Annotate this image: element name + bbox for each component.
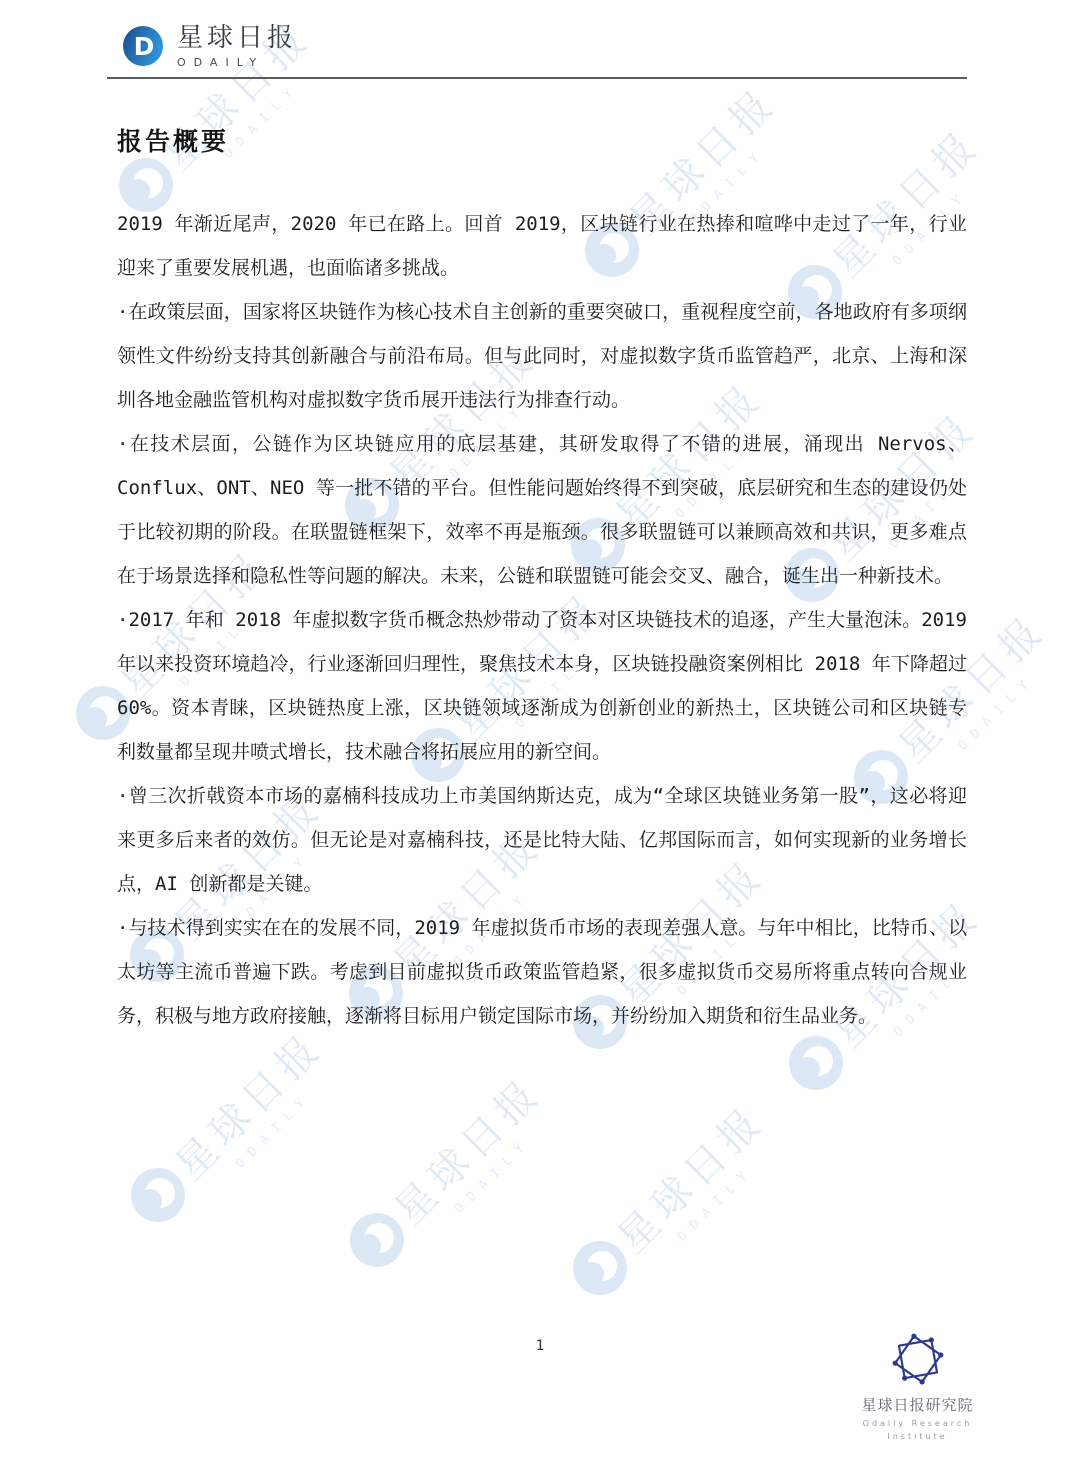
summary-paragraph: 2019 年渐近尾声，2020 年已在路上。回首 2019，区块链行业在热捧和喧… [117, 202, 967, 290]
summary-paragraph: ·曾三次折戟资本市场的嘉楠科技成功上市美国纳斯达克，成为“全球区块链业务第一股”… [117, 774, 967, 906]
institute-name-en-line1: Odaily Research [850, 1418, 985, 1431]
institute-name-en-line2: Institute [850, 1431, 985, 1444]
page-title: 报告概要 [117, 122, 967, 158]
institute-network-icon [889, 1332, 947, 1390]
watermark-logo-icon [573, 1241, 627, 1295]
brand-block: 星球日报 ODAILY [177, 24, 297, 69]
odaily-logo-icon: D [123, 26, 163, 66]
institute-name-cn: 星球日报研究院 [850, 1394, 985, 1415]
summary-paragraph: ·在政策层面，国家将区块链作为核心技术自主创新的重要突破口，重视程度空前，各地政… [117, 290, 967, 422]
report-summary: 报告概要 2019 年渐近尾声，2020 年已在路上。回首 2019，区块链行业… [117, 122, 967, 1038]
institute-name-en: Odaily Research Institute [850, 1418, 985, 1444]
brand-name-cn: 星球日报 [177, 24, 297, 53]
logo-letter: D [134, 32, 155, 61]
header: D 星球日报 ODAILY [123, 24, 297, 69]
brand-name-en: ODAILY [177, 56, 297, 69]
report-page: 星球日报ODAILY星球日报ODAILY星球日报ODAILY星球日报ODAILY… [0, 0, 1080, 1469]
watermark-logo-icon [350, 1213, 404, 1267]
watermark-logo-icon [131, 1168, 185, 1222]
summary-paragraph: ·与技术得到实实在在的发展不同，2019 年虚拟货币市场的表现差强人意。与年中相… [117, 906, 967, 1038]
report-summary-body: 2019 年渐近尾声，2020 年已在路上。回首 2019，区块链行业在热捧和喧… [117, 202, 967, 1038]
watermark-logo-icon [789, 1036, 843, 1090]
watermark-text: 星球日报ODAILY [368, 1051, 576, 1259]
footer-institute: 星球日报研究院 Odaily Research Institute [850, 1332, 985, 1444]
header-divider [107, 77, 967, 79]
summary-paragraph: ·2017 年和 2018 年虚拟数字货币概念热炒带动了资本对区块链技术的追逐，… [117, 598, 967, 774]
summary-paragraph: ·在技术层面，公链作为区块链应用的底层基建，其研发取得了不错的进展，涌现出 Ne… [117, 422, 967, 598]
watermark-text: 星球日报ODAILY [591, 1079, 799, 1287]
